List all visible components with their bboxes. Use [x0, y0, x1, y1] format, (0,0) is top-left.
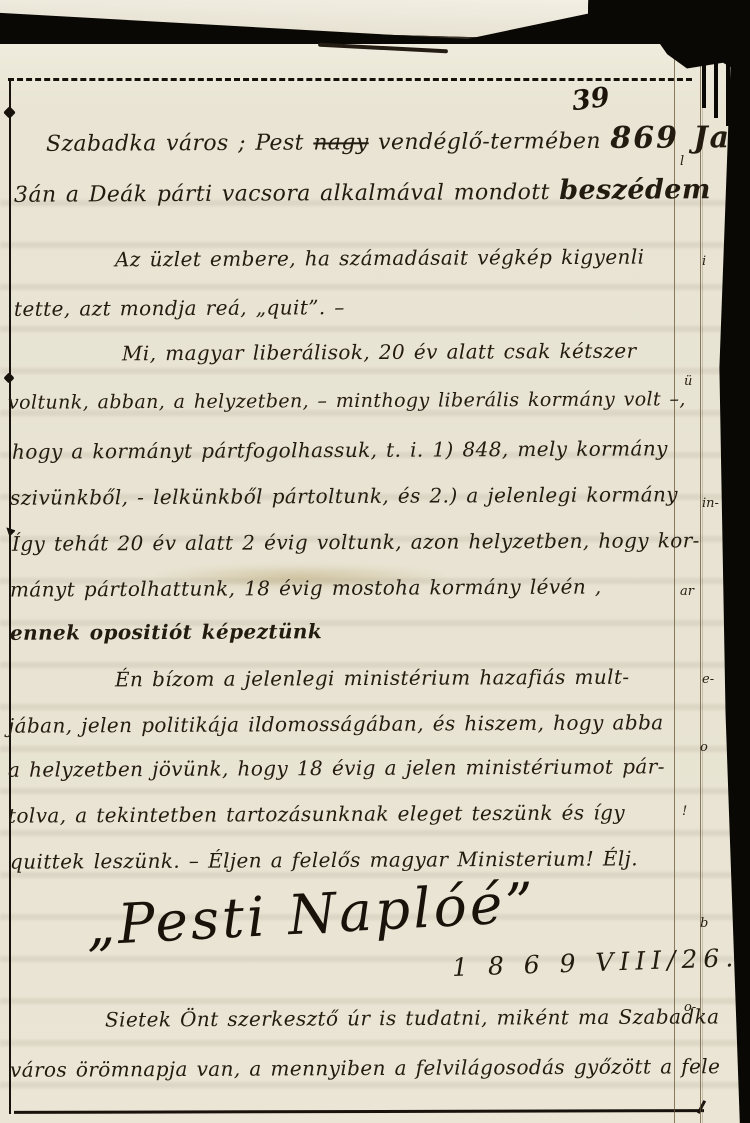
heading-date: 1 8 6 9 VIII/26. [452, 943, 740, 982]
margin-text-fragment: e- [702, 672, 714, 687]
manuscript-line: hogy a kormányt pártfogolhassuk, t. i. 1… [12, 436, 668, 463]
manuscript-line: jában, jelen politikája ildomosságában, … [8, 710, 664, 737]
photographed-manuscript: 39 Szabadka város ; Pest nagy vendéglő-t… [0, 0, 750, 1123]
manuscript-line: Az üzlet embere, ha számadásait végkép k… [115, 245, 645, 272]
manuscript-line: Én bízom a jelenlegi ministérium hazafiá… [115, 665, 630, 692]
manuscript-line: tolva, a tekintetben tartozásunknak eleg… [8, 800, 625, 827]
margin-text-fragment: b [700, 916, 708, 931]
upper-sheet-edge [0, 0, 589, 42]
manuscript-line: szivünkből, - lelkünkből pártoltunk, és … [10, 482, 678, 509]
pesti-naplo-heading: „Pesti Naplóé” [85, 870, 538, 957]
manuscript-line: Így tehát 20 év alatt 2 évig voltunk, az… [12, 528, 700, 556]
ink-blot [3, 106, 16, 119]
margin-text-fragment: ! [682, 804, 687, 819]
page-number: 39 [570, 82, 611, 117]
title-line-2: 3án a Deák párti vacsora alkalmával mond… [14, 174, 711, 209]
manuscript-line: mányt pártolhattunk, 18 évig mostoha kor… [10, 574, 602, 601]
sheet-corner-shadow [318, 43, 448, 54]
manuscript-line: voltunk, abban, a helyzetben, – minthogy… [8, 388, 686, 414]
hand-drawn-border-top [8, 78, 692, 81]
margin-text-fragment: ü [684, 374, 692, 389]
manuscript-line: quittek leszünk. – Éljen a felelős magya… [10, 846, 638, 873]
sheet-edge-gap [738, 68, 742, 134]
sheet-edge-gap [726, 62, 730, 126]
title-line-1-prefix: Szabadka város ; Pest [46, 131, 304, 157]
manuscript-line: város örömnapja van, a mennyiben a felvi… [10, 1054, 720, 1082]
margin-text-fragment: o [700, 740, 708, 755]
manuscript-line: a helyzetben jövünk, hogy 18 évig a jele… [8, 754, 665, 781]
manuscript-page: 39 Szabadka város ; Pest nagy vendéglő-t… [0, 44, 750, 1123]
manuscript-line: tette, azt mondja reá, „quit”. – [14, 295, 345, 321]
margin-text-fragment: ar [680, 584, 694, 599]
ink-blot [3, 372, 14, 383]
margin-text-fragment: i [702, 254, 706, 269]
title-line-1: Szabadka város ; Pest nagy vendéglő-term… [46, 120, 750, 159]
sheet-edge-gap [702, 50, 706, 108]
title-line-1-mid: vendéglő-termében [378, 129, 601, 155]
margin-text-fragment: l [680, 154, 684, 169]
sheet-edge-gap [714, 56, 718, 118]
struck-word: nagy [313, 130, 369, 155]
margin-text-fragment: in- [702, 496, 719, 511]
manuscript-line: ennek opositiót képeztünk [10, 619, 322, 645]
margin-text-fragment: o- [684, 1000, 696, 1015]
title-line-2-emphasis: beszédem [559, 174, 711, 206]
manuscript-line: Mi, magyar liberálisok, 20 év alatt csak… [122, 339, 637, 366]
manuscript-line: Sietek Önt szerkesztő úr is tudatni, mik… [105, 1004, 720, 1031]
title-line-2-text: 3án a Deák párti vacsora alkalmával mond… [14, 180, 550, 208]
hand-drawn-border-bottom [14, 1109, 704, 1114]
